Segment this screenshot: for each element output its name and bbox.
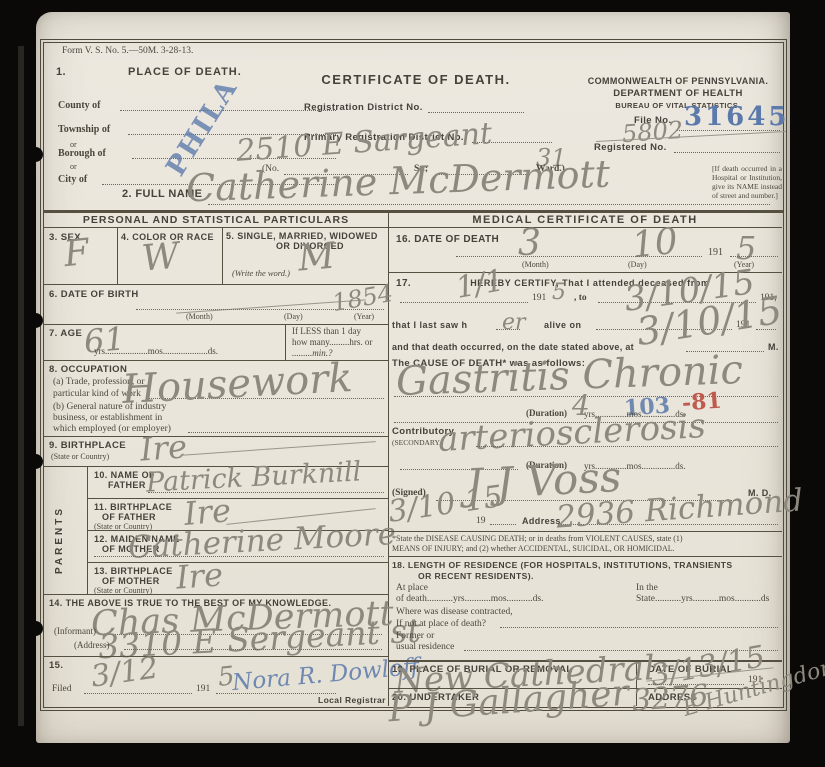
rule <box>43 284 389 285</box>
informant-address-label: (Address) <box>74 640 110 650</box>
county-of-label: County of <box>58 100 101 111</box>
m-label: M. <box>768 342 779 352</box>
alive-on-label: alive on <box>544 320 582 330</box>
date-of-death-label: 16. DATE OF DEATH <box>396 234 499 245</box>
state-or-country-hint: (State or Country) <box>51 452 109 461</box>
cell-divider <box>117 228 118 284</box>
last-saw-label: that I last saw h <box>392 320 468 330</box>
punch-hole <box>28 621 43 636</box>
certify-section-number: 17. <box>396 278 411 289</box>
city-of-label: City of <box>58 174 87 185</box>
father-birthplace-label2: OF FATHER <box>102 512 156 522</box>
form-number: Form V. S. No. 5.—50M. 3-28-13. <box>62 46 193 56</box>
residence-label-line1: 18. LENGTH OF RESIDENCE (FOR HOSPITALS, … <box>392 560 733 570</box>
secondary-label: (SECONDARY.) <box>392 438 443 447</box>
father-name-label2: FATHER <box>108 480 146 490</box>
year-label: (Year) <box>354 312 374 321</box>
filed-year-printed: 191 <box>196 684 210 694</box>
occupation-label: 8. OCCUPATION <box>49 364 127 375</box>
cell-divider <box>285 324 286 360</box>
dotted-line <box>84 693 192 694</box>
section-divider <box>43 210 783 213</box>
race-value-handwriting: W <box>141 238 181 277</box>
dotted-line <box>674 152 780 153</box>
father-birthplace-label: 11. BIRTHPLACE <box>94 502 172 512</box>
registered-number-handwriting: 5802 <box>621 118 684 146</box>
to-label: , to <box>574 293 587 303</box>
death-occurred-label: and that death occurred, on the date sta… <box>392 342 634 352</box>
if-less-line2: how many.........hrs. or <box>292 337 372 347</box>
sex-value-handwriting: F <box>62 235 91 273</box>
occupation-b2: business, or establishment in <box>53 413 162 423</box>
local-registrar-label: Local Registrar <box>318 695 386 705</box>
rule <box>87 498 389 499</box>
cell-divider <box>222 228 223 284</box>
registration-district-label: Registration District No. <box>304 102 423 113</box>
certificate-paper: Form V. S. No. 5.—50M. 3-28-13. 1. PLACE… <box>36 12 790 743</box>
month-label: (Month) <box>522 260 549 269</box>
if-less-line1: If LESS than 1 day <box>292 326 361 336</box>
punch-hole <box>28 313 43 328</box>
state-units: State...........yrs...........mos.......… <box>636 594 769 604</box>
dotted-line <box>188 432 384 433</box>
month-label: (Month) <box>186 312 213 321</box>
dotted-line <box>730 256 778 257</box>
filed-date-handwriting: 3/12 <box>89 653 160 692</box>
attended-from-year-handwriting: 5 <box>552 282 566 304</box>
commonwealth-line: COMMONWEALTH OF PENNSYLVANIA. <box>576 76 780 86</box>
usual-residence-label: usual residence <box>396 642 454 652</box>
dotted-line <box>490 524 516 525</box>
mother-birthplace-handwriting: Ire <box>175 558 224 593</box>
occupation-handwriting: Housework <box>121 358 353 410</box>
residence-label-line2: OR RECENT RESIDENTS). <box>418 571 534 581</box>
day-label: (Day) <box>628 260 647 269</box>
death-day-handwriting: 10 <box>630 224 679 265</box>
of-death-units: of death...........yrs...........mos....… <box>396 594 544 604</box>
photographed-death-certificate: Form V. S. No. 5.—50M. 3-28-13. 1. PLACE… <box>0 0 825 767</box>
where-contracted-label: Where was disease contracted, <box>396 607 513 617</box>
death-year-printed: 191 <box>708 247 723 258</box>
mother-birthplace-label2: OF MOTHER <box>102 576 160 586</box>
rule <box>43 656 389 657</box>
year19-printed: 19 <box>476 516 486 526</box>
date-of-birth-label: 6. DATE OF BIRTH <box>49 289 139 300</box>
day-label: (Day) <box>284 312 303 321</box>
write-the-word-hint: (Write the word.) <box>232 268 290 278</box>
age-label: 7. AGE <box>49 328 82 339</box>
dotted-line <box>456 256 702 257</box>
age-units: yrs...................mos...............… <box>94 346 218 356</box>
informant-label: (Informant) <box>54 626 96 636</box>
personal-section-title: PERSONAL AND STATISTICAL PARTICULARS <box>44 214 388 226</box>
place-of-death-title: PLACE OF DEATH. <box>128 66 242 78</box>
file-number-stamp: 31645 <box>684 102 789 132</box>
dotted-line <box>476 446 778 447</box>
birthplace-handwriting: Ire <box>139 430 188 465</box>
in-the-label: In the <box>636 583 658 593</box>
rule <box>388 531 782 532</box>
filed-label: Filed <box>52 684 72 694</box>
medical-section-title: MEDICAL CERTIFICATE OF DEATH <box>388 214 782 226</box>
adjacent-page-edge <box>18 46 24 726</box>
her-handwriting: er <box>502 312 526 334</box>
footnote-line2: MEANS OF INJURY; and (2) whether ACCIDEN… <box>392 544 675 553</box>
department-line: DEPARTMENT OF HEALTH <box>576 88 780 99</box>
rule <box>388 556 782 557</box>
birthplace-label: 9. BIRTHPLACE <box>49 440 126 451</box>
filed-section-number: 15. <box>49 660 63 671</box>
dotted-line <box>94 556 384 557</box>
section1-number: 1. <box>56 66 66 78</box>
year-printed-a: 191 <box>532 293 546 303</box>
dotted-line <box>400 302 528 303</box>
attended-from-handwriting: 1/1 <box>454 266 507 304</box>
hospital-note: [If death occurred in a Hospital or Inst… <box>712 164 782 200</box>
dotted-line <box>500 627 778 628</box>
or-label: or <box>70 162 77 171</box>
physician-address-label: Address <box>522 516 561 526</box>
punch-hole <box>28 147 43 162</box>
marital-value-handwriting: M <box>297 238 337 277</box>
dotted-line <box>428 112 524 113</box>
at-place-label: At place <box>396 583 428 593</box>
former-or-label: Former or <box>396 631 434 641</box>
rule <box>388 227 782 228</box>
rule <box>43 436 389 437</box>
punch-hole <box>28 454 43 469</box>
dotted-line <box>676 130 780 131</box>
dotted-line <box>124 649 382 650</box>
borough-of-label: Borough of <box>58 148 106 159</box>
certificate-title: CERTIFICATE OF DEATH. <box>306 72 526 87</box>
rule <box>87 562 389 563</box>
parents-side-label: PARENTS <box>54 490 65 574</box>
if-not-label: If not at place of death? <box>396 619 486 629</box>
rule <box>43 227 389 228</box>
mother-birthplace-label: 13. BIRTHPLACE <box>94 566 173 576</box>
footnote-line1: *State the DISEASE CAUSING DEATH; or in … <box>392 534 683 543</box>
township-of-label: Township of <box>58 124 110 135</box>
